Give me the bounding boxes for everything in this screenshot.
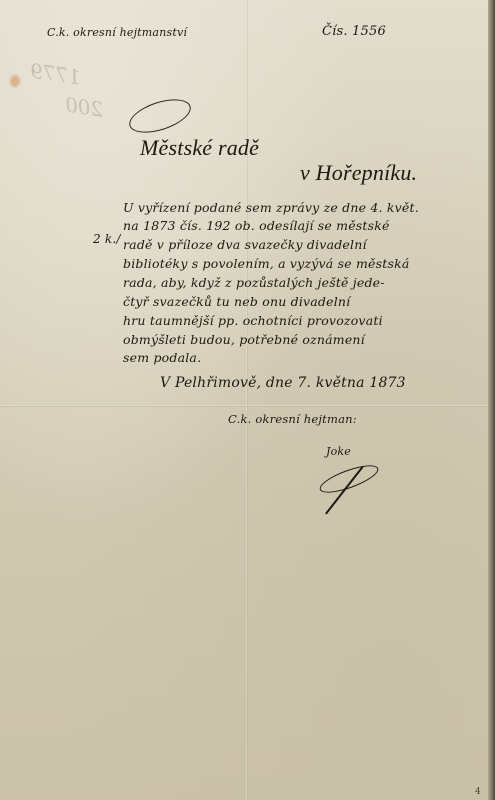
horizontal-fold-crease [0,405,488,407]
margin-note: 2 k./ [93,232,121,246]
bleed-through-number: 1779 [29,59,83,90]
body-line: čtyř svazečků tu neb onu divadelní [123,294,350,309]
bleed-through-number: 200 [64,92,105,121]
header-office: C.k. okresní hejtmanství [47,26,187,39]
body-line: sem podala. [123,350,201,365]
signer-title: C.k. okresní hejtman: [228,412,357,426]
body-line: U vyřízení podané sem zprávy ze dne 4. k… [123,200,419,215]
body-line: rada, aby, když z pozůstalých ještě jede… [123,275,385,290]
signature-loop [317,460,381,498]
page-edge-shadow [488,0,495,800]
addressee-line-2: v Hořepníku. [300,160,417,186]
body-line: bibliotéky s povolením, a vyzývá se měst… [123,256,410,271]
body-line: obmýšleti budou, potřebné oznámení [123,332,365,347]
signature: Joke [326,445,351,458]
body-line: hru taumnější pp. ochotníci provozovati [123,313,383,328]
page-number: 4 [475,787,481,797]
addressee-line-1: Městské radě [140,135,259,161]
header-reference-number: Čís. 1556 [322,24,386,39]
place-and-date: V Pelhřimově, dne 7. května 1873 [160,375,406,391]
document-page: 1779 200 C.k. okresní hejtmanství Čís. 1… [0,0,488,800]
body-line: na 1873 čís. 192 ob. odesílají se městsk… [123,218,390,233]
body-line: radě v příloze dva svazečky divadelní [123,237,367,252]
rust-stain [10,75,20,87]
addressee-flourish [125,93,195,139]
vertical-fold-crease [246,0,248,800]
